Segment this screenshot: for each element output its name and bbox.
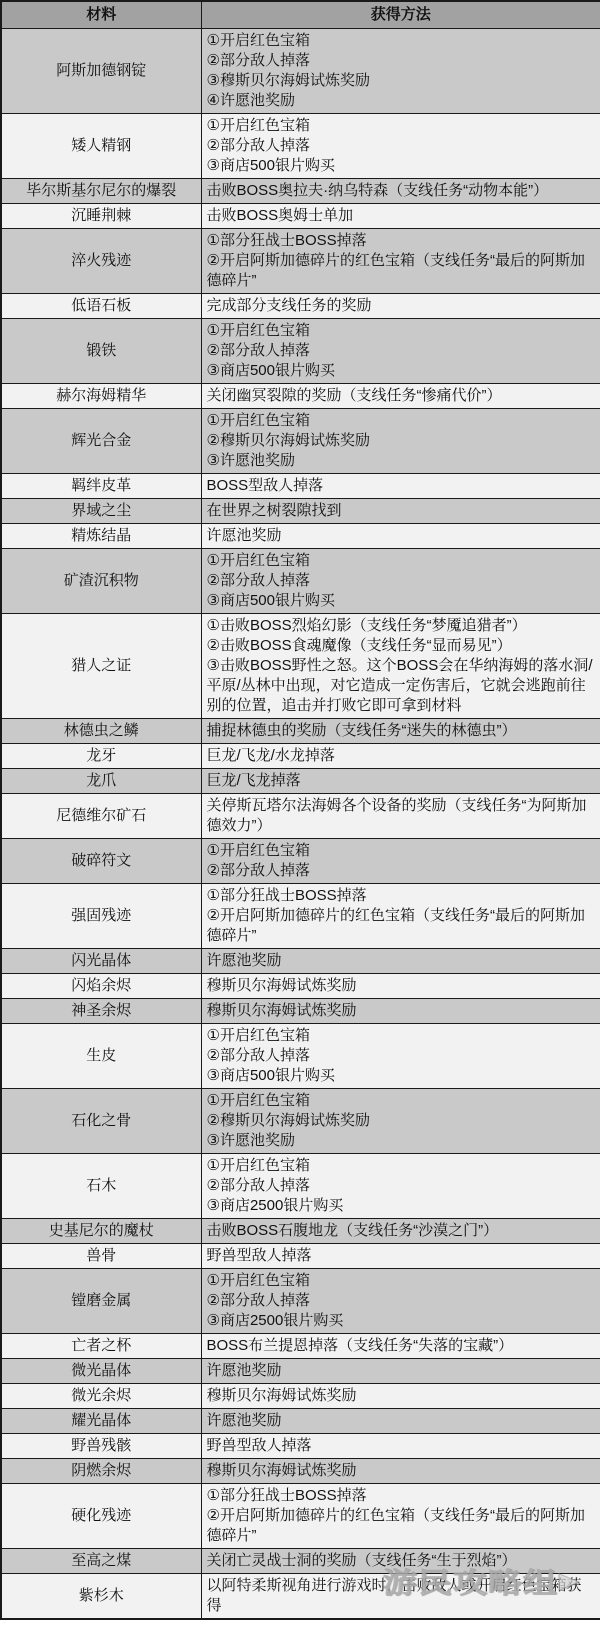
table-row: 微光余烬穆斯贝尔海姆试炼奖励 <box>1 1384 600 1409</box>
obtain-method-cell: ①部分狂战士BOSS掉落 ②开启阿斯加德碎片的红色宝箱（支线任务“最后的阿斯加德… <box>201 1484 600 1549</box>
table-row: 微光晶体许愿池奖励 <box>1 1359 600 1384</box>
obtain-method-cell: 穆斯贝尔海姆试炼奖励 <box>201 1459 600 1484</box>
material-name-cell: 石木 <box>1 1154 201 1219</box>
obtain-method-cell: 在世界之树裂隙找到 <box>201 499 600 524</box>
table-row: 羁绊皮革BOSS型敌人掉落 <box>1 474 600 499</box>
material-name-cell: 微光余烬 <box>1 1384 201 1409</box>
table-row: 龙爪巨龙/飞龙掉落 <box>1 769 600 794</box>
obtain-method-cell: BOSS布兰提恩掉落（支线任务“失落的宝藏”） <box>201 1334 600 1359</box>
table-header: 材料 获得方法 <box>1 1 600 29</box>
obtain-method-cell: 穆斯贝尔海姆试炼奖励 <box>201 974 600 999</box>
table-row: 尼德维尔矿石关停斯瓦塔尔法海姆各个设备的奖励（支线任务“为阿斯加德效力”） <box>1 794 600 839</box>
material-name-cell: 史基尼尔的魔杖 <box>1 1219 201 1244</box>
table-row: 界域之尘在世界之树裂隙找到 <box>1 499 600 524</box>
material-name-cell: 耀光晶体 <box>1 1409 201 1434</box>
material-name-cell: 亡者之杯 <box>1 1334 201 1359</box>
header-row: 材料 获得方法 <box>1 1 600 29</box>
material-name-cell: 神圣余烬 <box>1 999 201 1024</box>
obtain-method-cell: 关闭亡灵战士洞的奖励（支线任务“生于烈焰”） <box>201 1549 600 1574</box>
material-name-cell: 林德虫之鳞 <box>1 719 201 744</box>
table-row: 强固残迹①部分狂战士BOSS掉落 ②开启阿斯加德碎片的红色宝箱（支线任务“最后的… <box>1 884 600 949</box>
material-name-cell: 锻铁 <box>1 319 201 384</box>
material-name-cell: 羁绊皮革 <box>1 474 201 499</box>
material-name-cell: 至高之煤 <box>1 1549 201 1574</box>
obtain-method-cell: 穆斯贝尔海姆试炼奖励 <box>201 1384 600 1409</box>
table-row: 低语石板完成部分支线任务的奖励 <box>1 294 600 319</box>
obtain-method-cell: ①部分狂战士BOSS掉落 ②开启阿斯加德碎片的红色宝箱（支线任务“最后的阿斯加德… <box>201 229 600 294</box>
material-name-cell: 强固残迹 <box>1 884 201 949</box>
table-row: 猎人之证①击败BOSS烈焰幻影（支线任务“梦魇追猎者”） ②击败BOSS食魂魔像… <box>1 614 600 719</box>
table-row: 龙牙巨龙/飞龙/水龙掉落 <box>1 744 600 769</box>
table-row: 精炼结晶许愿池奖励 <box>1 524 600 549</box>
obtain-method-cell: 许愿池奖励 <box>201 1409 600 1434</box>
material-name-cell: 野兽残骸 <box>1 1434 201 1459</box>
table-row: 毕尔斯基尔尼尔的爆裂击败BOSS奥拉夫·纳乌特森（支线任务“动物本能”） <box>1 179 600 204</box>
materials-table: 材料 获得方法 阿斯加德钢锭①开启红色宝箱 ②部分敌人掉落 ③穆斯贝尔海姆试炼奖… <box>0 0 600 1620</box>
obtain-method-cell: ①开启红色宝箱 ②部分敌人掉落 ③商店500银片购买 <box>201 549 600 614</box>
table-row: 石化之骨①开启红色宝箱 ②穆斯贝尔海姆试炼奖励 ③许愿池奖励 <box>1 1089 600 1154</box>
obtain-method-cell: 击败BOSS石腹地龙（支线任务“沙漠之门”） <box>201 1219 600 1244</box>
obtain-method-cell: 野兽型敌人掉落 <box>201 1434 600 1459</box>
material-name-cell: 镗磨金属 <box>1 1269 201 1334</box>
table-row: 矮人精钢①开启红色宝箱 ②部分敌人掉落 ③商店500银片购买 <box>1 114 600 179</box>
table-row: 赫尔海姆精华关闭幽冥裂隙的奖励（支线任务“惨痛代价”） <box>1 384 600 409</box>
material-name-cell: 低语石板 <box>1 294 201 319</box>
obtain-method-cell: ①击败BOSS烈焰幻影（支线任务“梦魇追猎者”） ②击败BOSS食魂魔像（支线任… <box>201 614 600 719</box>
material-name-cell: 尼德维尔矿石 <box>1 794 201 839</box>
column-header-method: 获得方法 <box>201 1 600 29</box>
obtain-method-cell: 击败BOSS奥姆士单加 <box>201 204 600 229</box>
obtain-method-cell: 关闭幽冥裂隙的奖励（支线任务“惨痛代价”） <box>201 384 600 409</box>
material-name-cell: 阴燃余烬 <box>1 1459 201 1484</box>
table-row: 阴燃余烬穆斯贝尔海姆试炼奖励 <box>1 1459 600 1484</box>
material-name-cell: 赫尔海姆精华 <box>1 384 201 409</box>
obtain-method-cell: ①开启红色宝箱 ②部分敌人掉落 ③穆斯贝尔海姆试炼奖励 ④许愿池奖励 <box>201 29 600 114</box>
table-row: 辉光合金①开启红色宝箱 ②穆斯贝尔海姆试炼奖励 ③许愿池奖励 <box>1 409 600 474</box>
table-row: 神圣余烬穆斯贝尔海姆试炼奖励 <box>1 999 600 1024</box>
material-name-cell: 硬化残迹 <box>1 1484 201 1549</box>
table-row: 矿渣沉积物①开启红色宝箱 ②部分敌人掉落 ③商店500银片购买 <box>1 549 600 614</box>
obtain-method-cell: ①开启红色宝箱 ②部分敌人掉落 ③商店2500银片购买 <box>201 1269 600 1334</box>
obtain-method-cell: 以阿特柔斯视角进行游戏时，击败敌人或开启红色宝箱获得 <box>201 1574 600 1620</box>
obtain-method-cell: ①部分狂战士BOSS掉落 ②开启阿斯加德碎片的红色宝箱（支线任务“最后的阿斯加德… <box>201 884 600 949</box>
material-name-cell: 石化之骨 <box>1 1089 201 1154</box>
table-row: 林德虫之鳞捕捉林德虫的奖励（支线任务“迷失的林德虫”） <box>1 719 600 744</box>
table-row: 紫杉木以阿特柔斯视角进行游戏时，击败敌人或开启红色宝箱获得 <box>1 1574 600 1620</box>
obtain-method-cell: ①开启红色宝箱 ②穆斯贝尔海姆试炼奖励 ③许愿池奖励 <box>201 409 600 474</box>
material-name-cell: 精炼结晶 <box>1 524 201 549</box>
table-row: 兽骨野兽型敌人掉落 <box>1 1244 600 1269</box>
table-row: 阿斯加德钢锭①开启红色宝箱 ②部分敌人掉落 ③穆斯贝尔海姆试炼奖励 ④许愿池奖励 <box>1 29 600 114</box>
material-name-cell: 毕尔斯基尔尼尔的爆裂 <box>1 179 201 204</box>
material-name-cell: 兽骨 <box>1 1244 201 1269</box>
material-name-cell: 微光晶体 <box>1 1359 201 1384</box>
table-row: 亡者之杯BOSS布兰提恩掉落（支线任务“失落的宝藏”） <box>1 1334 600 1359</box>
material-name-cell: 矿渣沉积物 <box>1 549 201 614</box>
table-row: 石木①开启红色宝箱 ②部分敌人掉落 ③商店2500银片购买 <box>1 1154 600 1219</box>
material-name-cell: 猎人之证 <box>1 614 201 719</box>
material-name-cell: 闪焰余烬 <box>1 974 201 999</box>
obtain-method-cell: BOSS型敌人掉落 <box>201 474 600 499</box>
table-row: 生皮①开启红色宝箱 ②部分敌人掉落 ③商店500银片购买 <box>1 1024 600 1089</box>
material-name-cell: 矮人精钢 <box>1 114 201 179</box>
obtain-method-cell: 穆斯贝尔海姆试炼奖励 <box>201 999 600 1024</box>
obtain-method-cell: 许愿池奖励 <box>201 949 600 974</box>
material-name-cell: 破碎符文 <box>1 839 201 884</box>
obtain-method-cell: 击败BOSS奥拉夫·纳乌特森（支线任务“动物本能”） <box>201 179 600 204</box>
material-name-cell: 辉光合金 <box>1 409 201 474</box>
table-row: 镗磨金属①开启红色宝箱 ②部分敌人掉落 ③商店2500银片购买 <box>1 1269 600 1334</box>
material-name-cell: 沉睡荆棘 <box>1 204 201 229</box>
obtain-method-cell: 许愿池奖励 <box>201 1359 600 1384</box>
table-row: 史基尼尔的魔杖击败BOSS石腹地龙（支线任务“沙漠之门”） <box>1 1219 600 1244</box>
obtain-method-cell: 巨龙/飞龙掉落 <box>201 769 600 794</box>
material-name-cell: 紫杉木 <box>1 1574 201 1620</box>
material-name-cell: 淬火残迹 <box>1 229 201 294</box>
column-header-material: 材料 <box>1 1 201 29</box>
guide-page: 材料 获得方法 阿斯加德钢锭①开启红色宝箱 ②部分敌人掉落 ③穆斯贝尔海姆试炼奖… <box>0 0 600 1620</box>
obtain-method-cell: ①开启红色宝箱 ②部分敌人掉落 ③商店500银片购买 <box>201 114 600 179</box>
obtain-method-cell: 关停斯瓦塔尔法海姆各个设备的奖励（支线任务“为阿斯加德效力”） <box>201 794 600 839</box>
obtain-method-cell: 野兽型敌人掉落 <box>201 1244 600 1269</box>
table-row: 闪光晶体许愿池奖励 <box>1 949 600 974</box>
material-name-cell: 龙牙 <box>1 744 201 769</box>
table-row: 硬化残迹①部分狂战士BOSS掉落 ②开启阿斯加德碎片的红色宝箱（支线任务“最后的… <box>1 1484 600 1549</box>
table-body: 阿斯加德钢锭①开启红色宝箱 ②部分敌人掉落 ③穆斯贝尔海姆试炼奖励 ④许愿池奖励… <box>1 29 600 1620</box>
table-row: 至高之煤关闭亡灵战士洞的奖励（支线任务“生于烈焰”） <box>1 1549 600 1574</box>
material-name-cell: 阿斯加德钢锭 <box>1 29 201 114</box>
table-row: 野兽残骸野兽型敌人掉落 <box>1 1434 600 1459</box>
obtain-method-cell: 巨龙/飞龙/水龙掉落 <box>201 744 600 769</box>
table-row: 淬火残迹①部分狂战士BOSS掉落 ②开启阿斯加德碎片的红色宝箱（支线任务“最后的… <box>1 229 600 294</box>
obtain-method-cell: 完成部分支线任务的奖励 <box>201 294 600 319</box>
material-name-cell: 界域之尘 <box>1 499 201 524</box>
obtain-method-cell: 许愿池奖励 <box>201 524 600 549</box>
material-name-cell: 生皮 <box>1 1024 201 1089</box>
material-name-cell: 龙爪 <box>1 769 201 794</box>
obtain-method-cell: ①开启红色宝箱 ②部分敌人掉落 ③商店2500银片购买 <box>201 1154 600 1219</box>
obtain-method-cell: ①开启红色宝箱 ②穆斯贝尔海姆试炼奖励 ③许愿池奖励 <box>201 1089 600 1154</box>
table-row: 沉睡荆棘击败BOSS奥姆士单加 <box>1 204 600 229</box>
material-name-cell: 闪光晶体 <box>1 949 201 974</box>
table-row: 闪焰余烬穆斯贝尔海姆试炼奖励 <box>1 974 600 999</box>
obtain-method-cell: ①开启红色宝箱 ②部分敌人掉落 ③商店500银片购买 <box>201 1024 600 1089</box>
obtain-method-cell: ①开启红色宝箱 ②部分敌人掉落 <box>201 839 600 884</box>
obtain-method-cell: ①开启红色宝箱 ②部分敌人掉落 ③商店500银片购买 <box>201 319 600 384</box>
table-row: 破碎符文①开启红色宝箱 ②部分敌人掉落 <box>1 839 600 884</box>
obtain-method-cell: 捕捉林德虫的奖励（支线任务“迷失的林德虫”） <box>201 719 600 744</box>
table-row: 锻铁①开启红色宝箱 ②部分敌人掉落 ③商店500银片购买 <box>1 319 600 384</box>
table-row: 耀光晶体许愿池奖励 <box>1 1409 600 1434</box>
